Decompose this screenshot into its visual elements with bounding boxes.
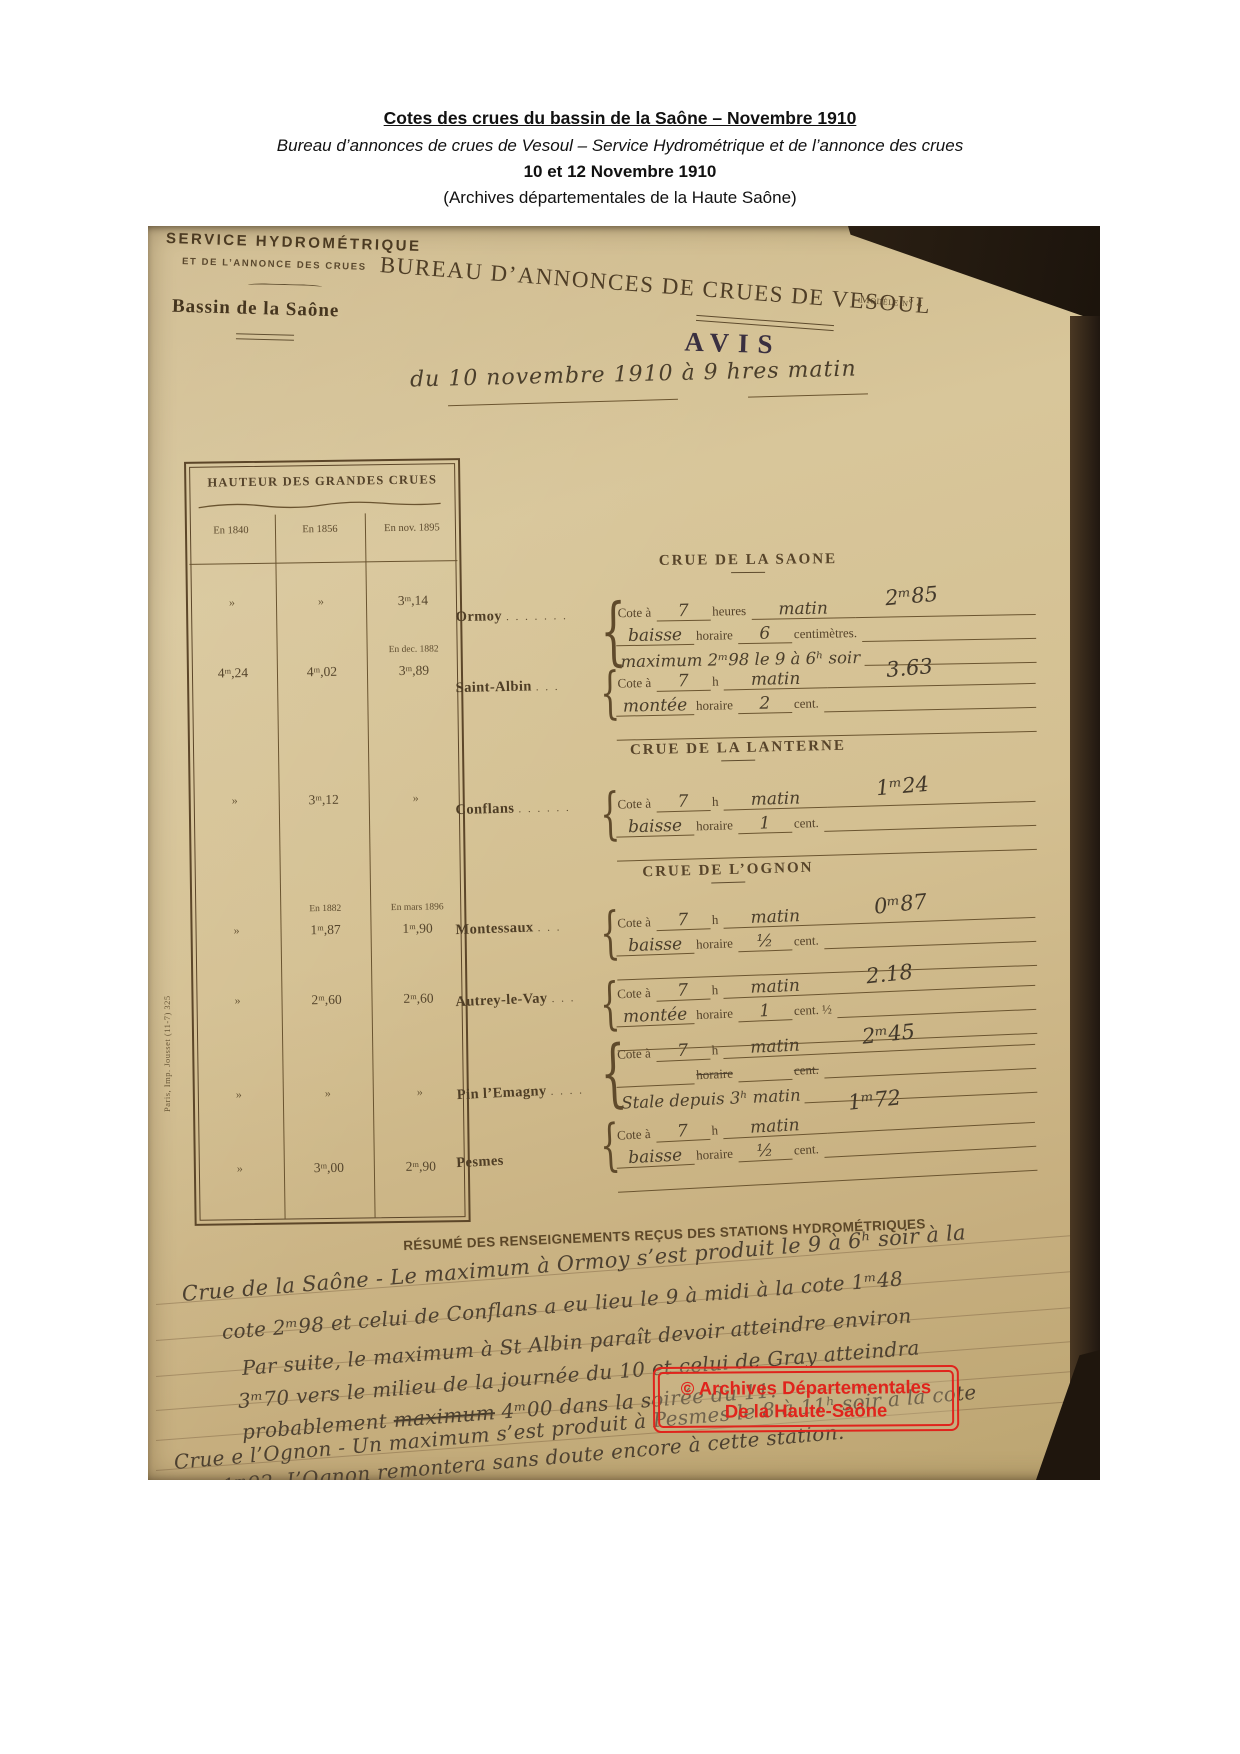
stamp-line1: © Archives Départementales [664, 1375, 948, 1400]
station-name: Ormoy . . . . . . . [455, 599, 595, 626]
handwritten-value-autrey: 2.18 [865, 960, 914, 989]
great-floods-table: HAUTEUR DES GRANDES CRUES En 1840 En 185… [184, 458, 471, 1226]
station-name: Saint-Albin . . . [455, 669, 595, 697]
brace: { [599, 1040, 613, 1106]
basin-underline [236, 333, 294, 341]
brace: { [599, 909, 612, 959]
handwritten-value-saint-albin: 3.63 [885, 654, 934, 682]
station-name: Pesmes [455, 1122, 597, 1172]
page-header: Cotes des crues du bassin de la Saône – … [0, 108, 1240, 208]
dotted-leaders: . . . . [550, 1084, 584, 1097]
section-heading-lanterne: CRUE DE LA LANTERNE [588, 737, 888, 764]
printer-mark: Paris, Imp. Jousset (11-7) 325 [162, 995, 172, 1112]
date-rule [448, 399, 678, 406]
dotted-leaders: . . . . . . . [506, 610, 568, 623]
document-photo: SERVICE HYDROMÉTRIQUE ET DE L’ANNONCE DE… [148, 226, 1100, 1480]
page-dates: 10 et 12 Novembre 1910 [0, 162, 1240, 182]
station-entry-saint-albin: Saint-Albin . . . { Cote à7hmatin montée… [455, 660, 1036, 744]
table-inner-border [189, 463, 466, 1221]
brace: { [600, 669, 612, 719]
letterhead-flourish [248, 283, 322, 289]
station-name: Conflans . . . . . . [455, 790, 596, 819]
date-rule [748, 393, 868, 397]
column-header: En nov. 1895 [365, 522, 459, 534]
archives-stamp: © Archives Départementales De la Haute-S… [653, 1365, 959, 1433]
page-source: (Archives départementales de la Haute Sa… [0, 188, 1240, 208]
section-heading-saone: CRUE DE LA SAONE [598, 550, 898, 574]
dotted-leaders: . . . [551, 992, 575, 1005]
station-entry-conflans: Conflans . . . . . . { Cote à7hmatin bai… [455, 778, 1037, 866]
page-title: Cotes des crues du bassin de la Saône – … [0, 108, 1240, 129]
brace: { [599, 1121, 613, 1172]
section-heading-ognon: CRUE DE L’OGNON [578, 858, 878, 887]
handwritten-date-line: du 10 novembre 1910 à 9 hres matin [410, 357, 857, 393]
handwritten-note: Stale depuis 3ʰ matin [617, 1086, 805, 1111]
stamp-line2: De la Haute-Saône [664, 1398, 948, 1423]
brace: { [600, 598, 612, 664]
column-header: En 1840 [187, 525, 275, 537]
brace: { [600, 790, 612, 840]
dotted-leaders: . . . [537, 921, 561, 934]
handwritten-value-ormoy: 2ᵐ85 [884, 582, 939, 611]
basin-label: Bassin de la Saône [172, 296, 340, 323]
photo-dark-corner-bottom-right [1036, 1350, 1100, 1480]
station-name: Montessaux . . . [455, 909, 596, 939]
brace: { [599, 980, 612, 1030]
handwritten-value-conflans: 1ᵐ24 [875, 772, 930, 801]
station-name: Pin l’Emagny . . . . [455, 1041, 597, 1104]
station-name: Autrey-le-Vay . . . [455, 980, 596, 1011]
letterhead-annonce-line: ET DE L’ANNONCE DES CRUES [182, 256, 367, 273]
photo-dark-edge-right [1070, 316, 1100, 1480]
page-subtitle: Bureau d’annonces de crues de Vesoul – S… [0, 136, 1240, 156]
column-header: En 1856 [275, 523, 365, 535]
dotted-leaders: . . . [536, 681, 560, 693]
dotted-leaders: . . . . . . [518, 802, 571, 815]
bureau-title: BUREAU D’ANNONCES DE CRUES DE VESOUL [379, 252, 880, 315]
